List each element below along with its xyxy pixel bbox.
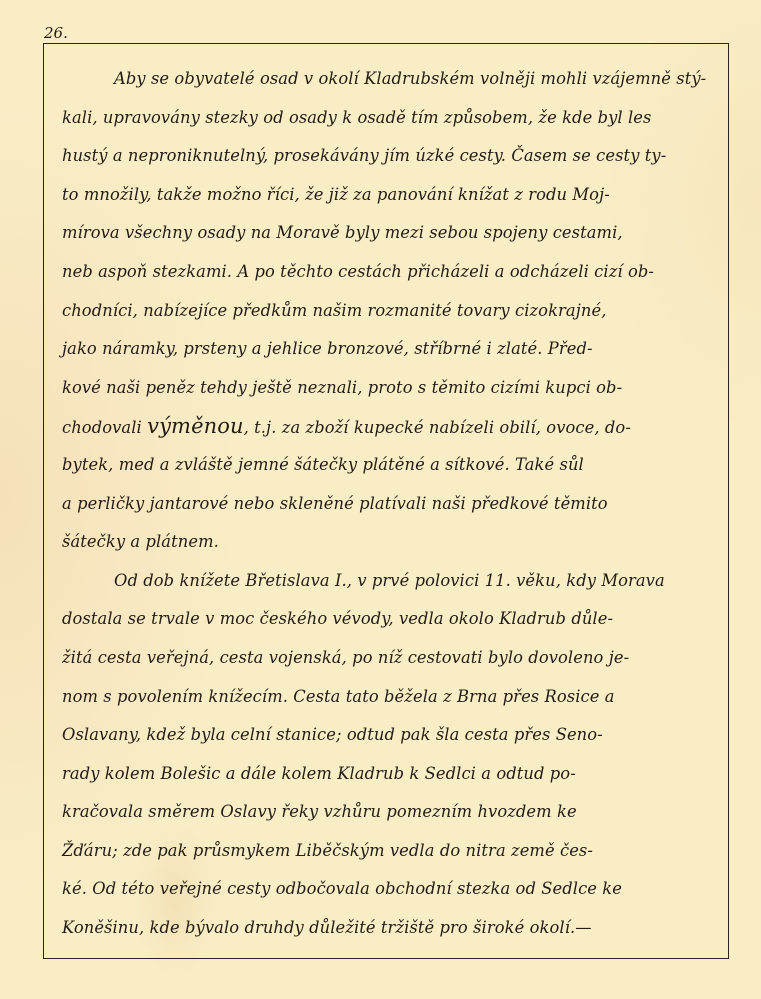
text-line: kali, upravovány stezky od osady k osadě… [62,99,722,138]
text-line: neb aspoň stezkami. A po těchto cestách … [62,253,722,292]
paragraph-1: Aby se obyvatelé osad v okolí Kladrubské… [62,60,722,562]
text-line: mírova všechny osady na Moravě byly mezi… [62,214,722,253]
emphasized-word: výměnou [147,414,243,438]
handwritten-text-body: Aby se obyvatelé osad v okolí Kladrubské… [62,60,722,948]
text-line: Žďáru; zde pak průsmykem Liběčským vedla… [62,832,722,871]
text-line: Oslavany, kdež byla celní stanice; odtud… [62,716,722,755]
text-line: šátečky a plátnem. [62,523,722,562]
text-line: rady kolem Bolešic a dále kolem Kladrub … [62,755,722,794]
text-line: dostala se trvale v moc českého vévody, … [62,600,722,639]
text-fragment: , t.j. za zboží kupecké nabízeli obilí, … [244,418,631,437]
text-line: hustý a neproniknutelný, prosekávány jím… [62,137,722,176]
text-line: ké. Od této veřejné cesty odbočovala obc… [62,870,722,909]
text-line: a perličky jantarové nebo skleněné platí… [62,485,722,524]
text-line: chodovali výměnou, t.j. za zboží kupecké… [62,407,722,446]
text-line: chodníci, nabízejíce předkům našim rozma… [62,292,722,331]
text-line: bytek, med a zvláště jemné šátečky plátě… [62,446,722,485]
text-line: to množily, takže možno říci, že již za … [62,176,722,215]
text-line: žitá cesta veřejná, cesta vojenská, po n… [62,639,722,678]
page-number: 26. [44,24,68,42]
text-line: nom s povolením knížecím. Cesta tato běž… [62,678,722,717]
text-line: Koněšinu, kde bývalo druhdy důležité trž… [62,909,722,948]
text-line: Aby se obyvatelé osad v okolí Kladrubské… [62,60,722,99]
paragraph-2: Od dob knížete Břetislava I., v prvé pol… [62,562,722,948]
text-fragment: chodovali [62,418,147,437]
text-line: Od dob knížete Břetislava I., v prvé pol… [62,562,722,601]
text-line: kračovala směrem Oslavy řeky vzhůru pome… [62,793,722,832]
text-line: jako náramky, prsteny a jehlice bronzové… [62,330,722,369]
text-line: kové naši peněz tehdy ještě neznali, pro… [62,369,722,408]
